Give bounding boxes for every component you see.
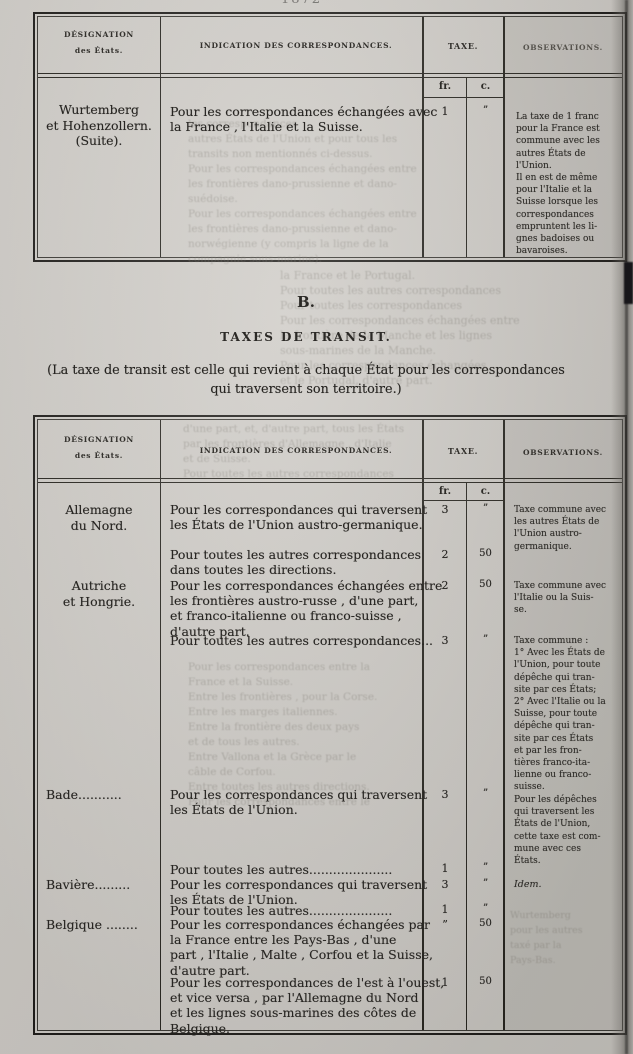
taxe-centimes-value: 50 xyxy=(467,579,504,590)
header-indication: INDICATION DES CORRESPONDANCES. xyxy=(170,41,422,50)
taxe-centimes-value: 50 xyxy=(467,976,504,987)
indication-text: Pour les correspondances de l'est à l'ou… xyxy=(170,975,430,1036)
header-indication: INDICATION DES CORRESPONDANCES. xyxy=(170,446,422,455)
text-line: cette taxe est com- xyxy=(514,831,620,843)
taxe-subheader-rule xyxy=(423,97,503,98)
text-line: Pour les correspondances entre la xyxy=(188,660,478,675)
text-line: Pour les correspondances échangées entre xyxy=(188,207,478,222)
text-line: l'Union, pour toute xyxy=(514,659,620,671)
taxe-francs-value: 1 xyxy=(423,862,467,875)
indication-text: Pour toutes les autres correspondancesda… xyxy=(170,547,430,577)
text-line: Pour les dépêches xyxy=(514,794,620,806)
text-line: et vice versa , par l'Allemagne du Nord xyxy=(170,990,430,1005)
state-name: Autricheet Hongrie. xyxy=(38,578,160,609)
text-line: part , l'Italie , Malte , Corfou et la S… xyxy=(170,947,430,962)
text-line: Pour les correspondances qui traversent xyxy=(170,877,430,892)
text-line: Pour toutes les autres correspondances xyxy=(183,467,473,482)
header-text: des États. xyxy=(38,448,160,464)
taxe-centimes-value: ” xyxy=(467,503,504,514)
text-line: pour la France est xyxy=(516,123,622,135)
text-line: Pour les correspondances qui traversent xyxy=(170,502,430,517)
observation-text: Taxe commune :1° Avec les États del'Unio… xyxy=(514,635,620,794)
page-edge-shadow xyxy=(611,0,633,1054)
taxe-francs-value: 1 xyxy=(423,903,467,916)
text-line: Pour toutes les autres..................… xyxy=(170,903,430,918)
text-line: 2° Avec l'Italie ou la xyxy=(514,696,620,708)
taxe-unit-francs: fr. xyxy=(423,486,467,497)
section-note: (La taxe de transit est celle qui revien… xyxy=(10,361,602,399)
taxe-centimes-value: 50 xyxy=(467,918,504,929)
header-taxe: TAXE. xyxy=(423,446,503,456)
taxe-centimes-value: ” xyxy=(467,878,504,889)
state-name: Allemagnedu Nord. xyxy=(38,502,160,533)
text-line: la France et le Portugal. xyxy=(280,268,530,283)
text-line: Pour les correspondances échangées avec xyxy=(170,104,430,119)
taxe-centimes-value: ” xyxy=(467,903,504,914)
text-line: suisse. xyxy=(514,781,620,793)
column-divider xyxy=(466,482,467,1030)
taxe-unit-centimes: c. xyxy=(467,486,504,497)
bleedthrough-text-block: les correspondancesautres États de l'Uni… xyxy=(188,117,478,267)
text-line: Pour les correspondances qui traversent xyxy=(170,787,430,802)
text-line: dépêche qui tran- xyxy=(514,720,620,732)
header-rule xyxy=(38,478,622,479)
text-line: compagnie sous-marine). xyxy=(188,252,478,267)
text-line: Belgique. xyxy=(170,1021,430,1036)
taxe-francs-value: 3 xyxy=(423,503,467,516)
text-line: Wurtemberg xyxy=(38,102,160,118)
text-line: qui traversent son territoire.) xyxy=(10,380,602,399)
taxe-unit-centimes: c. xyxy=(467,81,504,92)
text-line: la France entre les Pays-Bas , d'une xyxy=(170,932,430,947)
column-divider xyxy=(160,17,161,257)
observation-text: Idem. xyxy=(514,879,620,891)
table-inner-border: d'une part, et, d'autre part, tous les É… xyxy=(37,419,623,1031)
text-line: Pour les correspondances échangées par xyxy=(170,917,430,932)
taxe-francs-value: 2 xyxy=(423,548,467,561)
state-name: Belgique ........ xyxy=(38,917,160,933)
header-designation: DÉSIGNATION des États. xyxy=(38,27,160,59)
text-line: Il en est de même xyxy=(516,172,622,184)
column-divider xyxy=(503,17,505,257)
text-line: l'Italie ou la Suis- xyxy=(514,592,620,604)
text-line: bavaroises. xyxy=(516,245,622,257)
indication-text: Pour toutes les autres correspondances..… xyxy=(170,633,430,648)
indication-text: Pour toutes les autres..................… xyxy=(170,903,430,918)
column-divider xyxy=(160,420,161,1030)
observation-text: Taxe commune avecles autres États del'Un… xyxy=(514,504,620,553)
header-designation: DÉSIGNATION des États. xyxy=(38,432,160,464)
text-line: transits non mentionnés ci-dessus. xyxy=(188,147,478,162)
text-line: Pour toutes les autres correspondances xyxy=(170,547,430,562)
observation-text: Taxe commune avecl'Italie ou la Suis-se. xyxy=(514,580,620,617)
text-line: les États de l'Union austro-germanique. xyxy=(170,517,430,532)
text-line: La taxe de 1 franc xyxy=(516,111,622,123)
indication-text: Pour toutes les autres..................… xyxy=(170,862,430,877)
text-line: gnes badoises ou xyxy=(516,233,622,245)
text-line: Pays-Bas. xyxy=(510,953,616,968)
text-line: les frontières dano-prussienne et dano- xyxy=(188,177,478,192)
text-line: Pour les correspondances échangées entre xyxy=(188,162,478,177)
text-line: Taxe commune avec xyxy=(514,580,620,592)
text-line: qui traversent les xyxy=(514,806,620,818)
header-text: DÉSIGNATION xyxy=(38,27,160,43)
text-line: commune avec les xyxy=(516,135,622,147)
text-line: et par les fron- xyxy=(514,745,620,757)
taxe-centimes-value: ” xyxy=(467,105,504,116)
bleedthrough-text-block: Wurtembergpour les autrestaxé par laPays… xyxy=(510,908,616,968)
taxe-francs-value: 3 xyxy=(423,634,467,647)
text-line: autres États de xyxy=(516,148,622,160)
text-line: pour l'Italie et la xyxy=(516,184,622,196)
text-line: Pour toutes les autres..................… xyxy=(170,862,430,877)
text-line: norwégienne (y compris la ligne de la xyxy=(188,237,478,252)
taxe-subheader-rule xyxy=(423,500,503,501)
text-line: Entre les frontières , pour la Corse. xyxy=(188,690,478,705)
text-line: et Hohenzollern. xyxy=(38,118,160,134)
text-line: site par ces États xyxy=(514,733,620,745)
header-observations: OBSERVATIONS. xyxy=(506,448,620,457)
text-line: Suisse lorsque les xyxy=(516,196,622,208)
header-rule xyxy=(38,482,622,483)
taxe-centimes-value: ” xyxy=(467,634,504,645)
text-line: Wurtemberg xyxy=(510,908,616,923)
text-line: (Suite). xyxy=(38,133,160,149)
table-taxes-suite: les correspondancesautres États de l'Uni… xyxy=(33,12,627,262)
indication-text: Pour les correspondances échangées avecl… xyxy=(170,104,430,134)
text-line: empruntent les li- xyxy=(516,221,622,233)
text-line: et franco-italienne ou franco-suisse , xyxy=(170,608,430,623)
text-line: la France , l'Italie et la Suisse. xyxy=(170,119,430,134)
text-line: germanique. xyxy=(514,541,620,553)
text-line: mune avec ces xyxy=(514,843,620,855)
header-rule xyxy=(38,73,622,74)
taxe-francs-value: 2 xyxy=(423,579,467,592)
text-line: câble de Corfou. xyxy=(188,765,478,780)
text-line: Bade........... xyxy=(46,787,160,803)
header-text: des États. xyxy=(38,43,160,59)
taxe-francs-value: 1 xyxy=(423,976,467,989)
section-letter: B. xyxy=(26,293,586,311)
text-line: Pour toutes les autres correspondances..… xyxy=(170,633,430,648)
page-edge-line xyxy=(625,0,628,1054)
header-text: DÉSIGNATION xyxy=(38,432,160,448)
text-line: Entre la frontière des deux pays xyxy=(188,720,478,735)
text-line: Belgique ........ xyxy=(46,917,160,933)
text-line: États. xyxy=(514,855,620,867)
page-year: 1872 xyxy=(0,0,603,7)
text-line: Allemagne xyxy=(38,502,160,518)
table-taxes-transit: d'une part, et, d'autre part, tous les É… xyxy=(33,415,627,1035)
text-line: Pour les correspondances échangées entre xyxy=(170,578,430,593)
text-line: Autriche xyxy=(38,578,160,594)
text-line: Taxe commune : xyxy=(514,635,620,647)
indication-text: Pour les correspondances qui traversentl… xyxy=(170,502,430,532)
text-line: Bavière......... xyxy=(46,877,160,893)
taxe-centimes-value: ” xyxy=(467,788,504,799)
table-inner-border: les correspondancesautres États de l'Uni… xyxy=(37,16,623,258)
taxe-centimes-value: ” xyxy=(467,862,504,873)
indication-text: Pour les correspondances qui traversentl… xyxy=(170,787,430,817)
text-line: Suisse, pour toute xyxy=(514,708,620,720)
header-rule xyxy=(38,77,622,78)
text-line: pour les autres xyxy=(510,923,616,938)
text-line: se. xyxy=(514,604,620,616)
taxe-francs-value: ” xyxy=(423,918,467,931)
text-line: l'Union. xyxy=(516,160,622,172)
text-line: (La taxe de transit est celle qui revien… xyxy=(10,361,602,380)
text-line: correspondances xyxy=(516,209,622,221)
text-line: États de l'Union, xyxy=(514,818,620,830)
text-line: et les lignes sous-marines des côtes de xyxy=(170,1005,430,1020)
text-line: l'Union austro- xyxy=(514,528,620,540)
taxe-francs-value: 3 xyxy=(423,878,467,891)
state-name: Bade........... xyxy=(38,787,160,803)
state-name: Bavière......... xyxy=(38,877,160,893)
text-line: France et la Suisse. xyxy=(188,675,478,690)
text-line: 1° Avec les États de xyxy=(514,647,620,659)
text-line: site par ces États; xyxy=(514,684,620,696)
text-line: Entre les marges italiennes. xyxy=(188,705,478,720)
taxe-centimes-value: 50 xyxy=(467,548,504,559)
taxe-unit-francs: fr. xyxy=(423,81,467,92)
text-line: et de tous les autres. xyxy=(188,735,478,750)
state-name: Wurtemberget Hohenzollern.(Suite). xyxy=(38,102,160,149)
text-line: lienne ou franco- xyxy=(514,769,620,781)
text-line: Pour les correspondances échangées entre xyxy=(280,313,530,328)
text-line: tières franco-ita- xyxy=(514,757,620,769)
text-line: les frontières dano-prussienne et dano- xyxy=(188,222,478,237)
text-line: les frontières austro-russe , d'une part… xyxy=(170,593,430,608)
text-line: Idem. xyxy=(514,879,620,891)
scanned-document-page: 1872 les correspondancesautres États de … xyxy=(0,0,633,1054)
text-line: et Hongrie. xyxy=(38,594,160,610)
observation-text: La taxe de 1 francpour la France estcomm… xyxy=(516,111,622,257)
header-taxe: TAXE. xyxy=(423,41,503,51)
text-line: Entre Vallona et la Grèce par le xyxy=(188,750,478,765)
text-line: Pour les correspondances de l'est à l'ou… xyxy=(170,975,430,990)
column-divider xyxy=(466,77,467,257)
taxe-francs-value: 3 xyxy=(423,788,467,801)
text-line: dépêche qui tran- xyxy=(514,672,620,684)
header-observations: OBSERVATIONS. xyxy=(506,43,620,52)
observation-text: Pour les dépêchesqui traversent lesÉtats… xyxy=(514,794,620,867)
taxe-francs-value: 1 xyxy=(423,105,467,118)
text-line: d'une part, et, d'autre part, tous les É… xyxy=(183,422,473,437)
indication-text: Pour les correspondances échangées parla… xyxy=(170,917,430,978)
page-edge-dark-notch xyxy=(624,262,633,304)
text-line: dans toutes les directions. xyxy=(170,562,430,577)
text-line: du Nord. xyxy=(38,518,160,534)
section-title: TAXES DE TRANSIT. xyxy=(26,330,586,344)
text-line: sous-marines de la Manche. xyxy=(280,343,530,358)
text-line: taxé par la xyxy=(510,938,616,953)
column-divider xyxy=(422,17,424,257)
indication-text: Pour les correspondances échangées entre… xyxy=(170,578,430,639)
text-line: Taxe commune avec xyxy=(514,504,620,516)
text-line: les États de l'Union. xyxy=(170,802,430,817)
text-line: les autres États de xyxy=(514,516,620,528)
text-line: suédoise. xyxy=(188,192,478,207)
